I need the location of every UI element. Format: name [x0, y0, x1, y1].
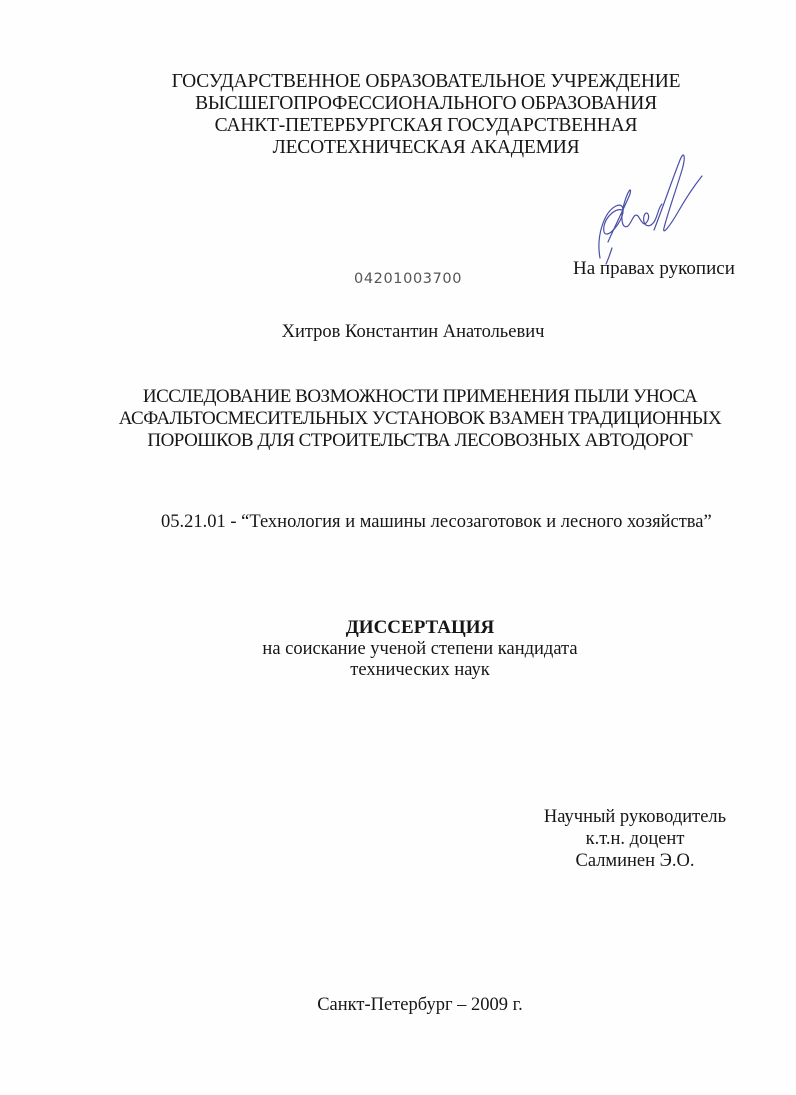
document-page: ГОСУДАРСТВЕННОЕ ОБРАЗОВАТЕЛЬНОЕ УЧРЕЖДЕН… — [0, 0, 796, 1095]
thesis-degree-line: на соискание ученой степени кандидата — [120, 639, 720, 660]
thesis-degree-line: технических наук — [120, 660, 720, 681]
handwritten-signature-icon — [586, 146, 706, 266]
institution-line: ГОСУДАРСТВЕННОЕ ОБРАЗОВАТЕЛЬНОЕ УЧРЕЖДЕН… — [156, 71, 696, 93]
thesis-type: ДИССЕРТАЦИЯ на соискание ученой степени … — [120, 617, 720, 681]
specialty-code: 05.21.01 - “Технология и машины лесозаго… — [161, 512, 712, 533]
title-line: ИССЛЕДОВАНИЕ ВОЗМОЖНОСТИ ПРИМЕНЕНИЯ ПЫЛИ… — [96, 386, 744, 408]
title-line: АСФАЛЬТОСМЕСИТЕЛЬНЫХ УСТАНОВОК ВЗАМЕН ТР… — [96, 408, 744, 430]
title-line: ПОРОШКОВ ДЛЯ СТРОИТЕЛЬСТВА ЛЕСОВОЗНЫХ АВ… — [96, 430, 744, 452]
thesis-title: ИССЛЕДОВАНИЕ ВОЗМОЖНОСТИ ПРИМЕНЕНИЯ ПЫЛИ… — [96, 386, 744, 452]
institution-line: САНКТ-ПЕТЕРБУРГСКАЯ ГОСУДАРСТВЕННАЯ — [156, 115, 696, 137]
author-name: Хитров Константин Анатольевич — [0, 322, 796, 343]
institution-line: ВЫСШЕГОПРОФЕССИОНАЛЬНОГО ОБРАЗОВАНИЯ — [156, 93, 696, 115]
manuscript-note: На правах рукописи — [573, 258, 735, 280]
archive-number: 04201003700 — [354, 271, 462, 287]
supervisor-line: Научный руководитель — [535, 806, 735, 828]
supervisor-block: Научный руководитель к.т.н. доцент Салми… — [535, 806, 735, 872]
supervisor-line: к.т.н. доцент — [535, 828, 735, 850]
place-and-year: Санкт-Петербург – 2009 г. — [0, 995, 796, 1016]
thesis-heading: ДИССЕРТАЦИЯ — [120, 617, 720, 639]
supervisor-line: Салминен Э.О. — [535, 850, 735, 872]
